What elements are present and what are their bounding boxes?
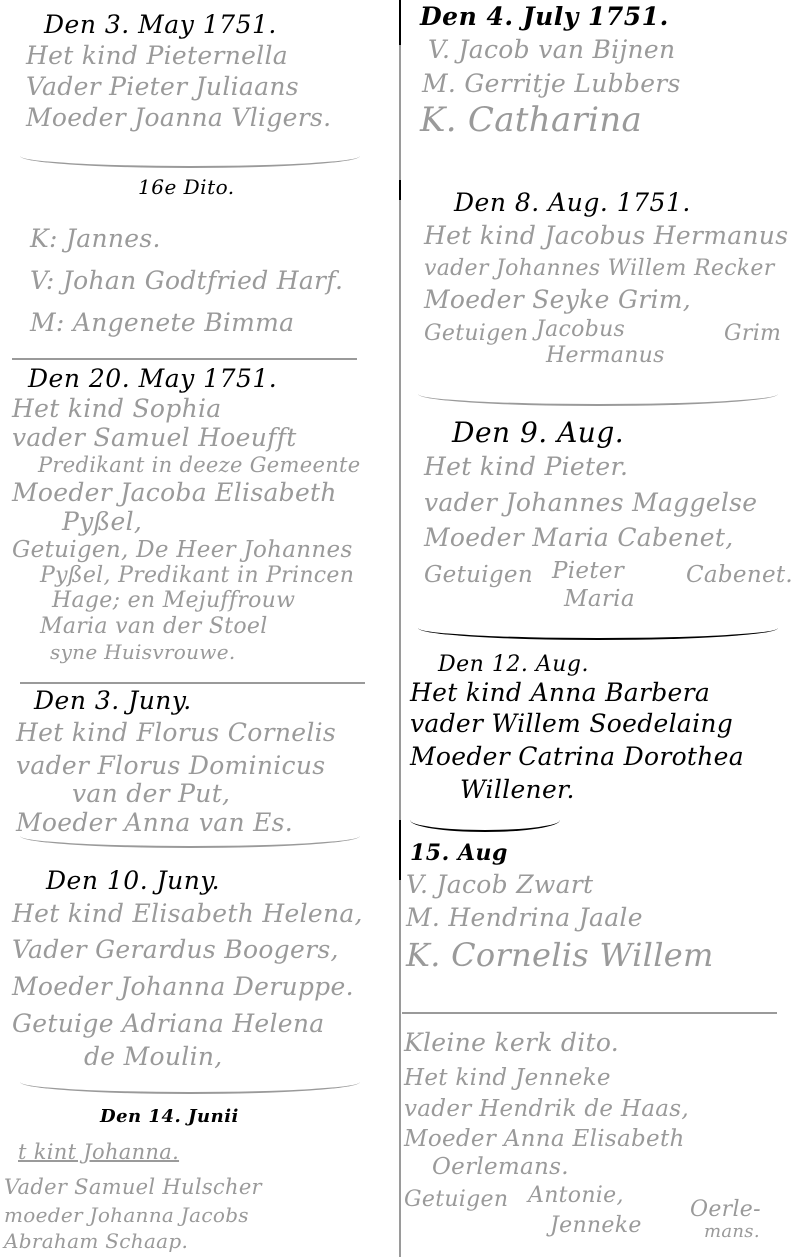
baptism-entry: Den 9. Aug. Het kind Pieter. vader Johan… [424,418,757,616]
entry-child: t kint Johanna. [4,1132,262,1172]
entry-witness: Getuige Adriana Helena [12,1006,363,1042]
witness-second: Hermanus [546,340,665,371]
witness-first: Antonie, [528,1180,624,1211]
entry-mother-cont: Oerlemans. [404,1154,689,1180]
separator-rule [402,1012,777,1014]
separator-rule [20,682,365,684]
entry-father: V. Jacob Zwart [406,868,714,902]
separator-flourish [20,836,360,848]
baptism-entry: Den 20. May 1751. Het kind Sophia vader … [12,364,361,664]
entry-mother: Moeder Anna Elisabeth [404,1124,689,1154]
entry-mother-cont: Willener. [410,774,744,806]
entry-child: Het kind Pieternella [26,40,331,71]
entry-father: Vader Gerardus Boogers, [12,932,363,968]
entry-witnesses: Getuigen, De Heer Johannes [12,536,361,564]
entry-mother: M: Angenete Bimma [30,302,343,344]
entry-date: Den 10. Juny. [12,866,363,896]
baptism-entry: Den 12. Aug. Het kind Anna Barbera vader… [410,652,744,806]
baptism-entry: Den 14. Junii t kint Johanna. Vader Samu… [4,1102,262,1254]
separator-flourish [418,394,778,406]
entry-date: Den 8. Aug. 1751. [424,188,788,218]
entry-mother: Moeder Anna van Es. [16,806,336,840]
entry-father: vader Samuel Hoeufft [12,424,361,452]
entry-mother: moeder Johanna Jacobs [4,1202,262,1228]
entry-child: K: Jannes. [30,218,343,260]
entry-witnesses: Getuigen Antonie, Jenneke Oerle- mans. [404,1180,689,1240]
baptism-entry: Kleine kerk dito. Het kind Jenneke vader… [404,1024,689,1240]
baptism-entry: Den 3. Juny. Het kind Florus Cornelis va… [16,686,336,840]
entry-father-title: Predikant in deeze Gemeente [12,452,361,478]
entry-mother: Moeder Maria Cabenet, [424,520,757,556]
column-divider [399,0,401,1257]
entry-child: Het kind Sophia [12,394,361,424]
entry-father: vader Willem Soedelaing [410,708,744,740]
entry-father: Vader Samuel Hulscher [4,1172,262,1202]
entry-witnesses-cont: syne Huisvrouwe. [12,640,361,664]
entry-date: Den 3. May 1751. [44,10,331,40]
separator-flourish [20,1082,360,1094]
entry-witnesses-cont: Maria van der Stoel [12,614,361,640]
witness-second: Maria [564,584,635,615]
entry-date: Den 20. May 1751. [12,364,361,394]
entry-father: V. Jacob van Bijnen [420,32,681,68]
baptism-entry: Den 3. May 1751. Het kind Pieternella Va… [44,10,331,133]
entry-child: Het kind Pieter. [424,448,757,486]
entry-father-cont: van der Put, [16,782,336,806]
entry-father: vader Johannes Maggelse [424,486,757,520]
entry-date: 15. Aug [406,838,714,868]
entry-father: vader Johannes Willem Recker [424,254,788,284]
entry-date: Den 9. Aug. [424,418,757,448]
entry-mother: M. Hendrina Jaale [406,902,714,934]
entry-mother: Moeder Johanna Deruppe. [12,968,363,1006]
entry-child: Het kind Jacobus Hermanus [424,218,788,254]
entry-child: K. Cornelis Willem [406,934,714,976]
entry-witnesses-cont: Pyßel, Predikant in Princen [12,564,361,588]
entry-child: Het kind Jenneke [404,1062,689,1094]
entry-mother: Moeder Seyke Grim, [424,284,788,316]
entry-father: vader Hendrik de Haas, [404,1094,689,1124]
entry-mother: Moeder Jacoba Elisabeth [12,478,361,508]
register-page: Den 3. May 1751. Het kind Pieternella Va… [0,0,800,1257]
witness-label: Getuigen [404,1184,508,1215]
entry-mother: Moeder Catrina Dorothea [410,740,744,774]
witness-surname-cont: mans. [704,1216,760,1247]
entry-father: V: Johan Godtfried Harf. [30,260,343,302]
baptism-entry: 16e Dito. K: Jannes. V: Johan Godtfried … [30,172,343,344]
entry-witnesses-cont: Hage; en Mejuffrouw [12,588,361,614]
entry-witnesses: Getuigen Jacobus Hermanus Grim [424,316,788,372]
entry-child: Het kind Florus Cornelis [16,716,336,750]
separator-flourish [410,820,560,832]
entry-date: 16e Dito. [30,172,343,202]
witness-surname: Cabenet. [686,560,793,591]
witness-second: Jenneke [550,1210,642,1241]
witness-label: Getuigen [424,560,533,591]
baptism-entry: 15. Aug V. Jacob Zwart M. Hendrina Jaale… [406,838,714,976]
separator-flourish [418,628,778,640]
entry-location-date: Kleine kerk dito. [404,1024,689,1062]
entry-mother-cont: Pyßel, [12,508,361,536]
baptism-entry: Den 4. July 1751. V. Jacob van Bijnen M.… [420,2,681,140]
entry-date: Den 4. July 1751. [420,2,681,32]
entry-witness-cont: de Moulin, [12,1042,363,1072]
entry-child: Het kind Anna Barbera [410,678,744,708]
witness-label: Getuigen [424,318,528,349]
entry-mother: M. Gerritje Lubbers [420,68,681,100]
baptism-entry: Den 10. Juny. Het kind Elisabeth Helena,… [12,866,363,1072]
entry-child: K. Catharina [420,100,681,140]
entry-witness: Abraham Schaap. [4,1228,262,1254]
entry-father: vader Florus Dominicus [16,750,336,782]
entry-date: Den 14. Junii [4,1102,262,1132]
entry-father: Vader Pieter Juliaans [26,71,331,102]
baptism-entry: Den 8. Aug. 1751. Het kind Jacobus Herma… [424,188,788,372]
entry-date: Den 3. Juny. [16,686,336,716]
witness-first: Pieter [552,556,624,587]
entry-date: Den 12. Aug. [410,652,744,678]
entry-mother: Moeder Joanna Vligers. [26,102,331,133]
separator-flourish [20,156,360,168]
separator-rule [12,358,357,360]
entry-child: Het kind Elisabeth Helena, [12,896,363,932]
entry-witnesses: Getuigen Pieter Maria Cabenet. [424,556,757,616]
witness-surname: Grim [724,318,781,349]
